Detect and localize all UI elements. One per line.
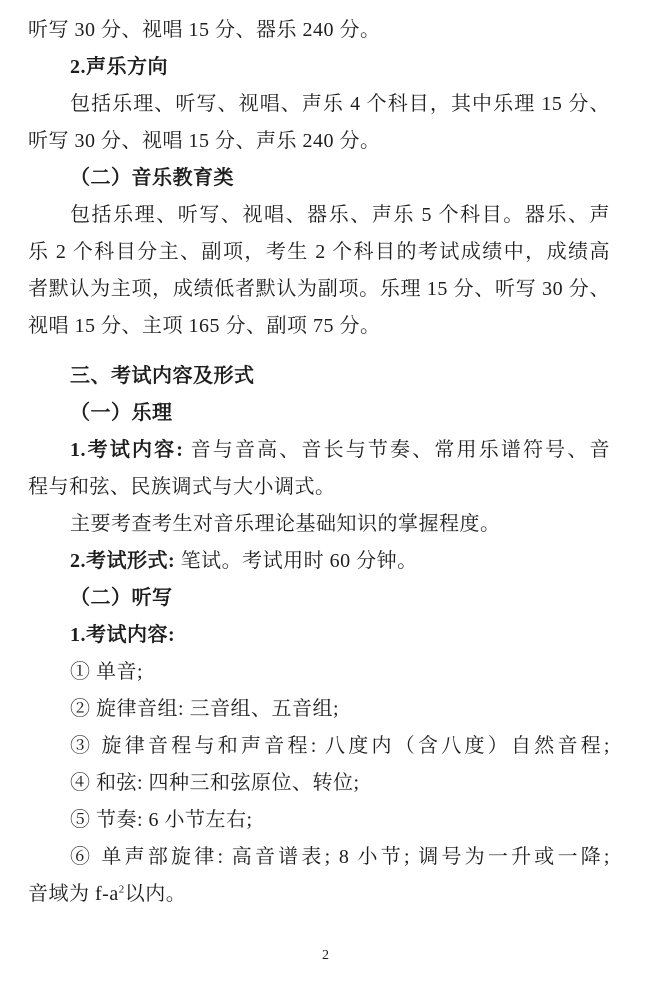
body-text: ⑥ 单声部旋律: 高音谱表; 8 小节; 调号为一升或一降; bbox=[70, 846, 610, 868]
body-text: ② 旋律音组: 三音组、五音组; bbox=[70, 698, 339, 720]
text-line: 程与和弦、民族调式与大小调式。 bbox=[28, 469, 610, 506]
body-text: 主要考查考生对音乐理论基础知识的掌握程度。 bbox=[70, 513, 501, 535]
body-text: 音与音高、音长与节奏、常用乐谱符号、音 bbox=[191, 439, 610, 461]
text-line: 听写 30 分、视唱 15 分、声乐 240 分。 bbox=[28, 123, 610, 160]
text-line: （一）乐理 bbox=[28, 395, 610, 432]
heading-text: 三、考试内容及形式 bbox=[70, 365, 255, 387]
text-line: ② 旋律音组: 三音组、五音组; bbox=[28, 691, 610, 728]
body-text: ① 单音; bbox=[70, 661, 143, 683]
text-line: 1.考试内容: 音与音高、音长与节奏、常用乐谱符号、音 bbox=[28, 432, 610, 469]
body-text: 乐 2 个科目分主、副项，考生 2 个科目的考试成绩中，成绩高 bbox=[28, 241, 610, 263]
text-line: 包括乐理、听写、视唱、声乐 4 个科目，其中乐理 15 分、 bbox=[28, 86, 610, 123]
body-text: 视唱 15 分、主项 165 分、副项 75 分。 bbox=[28, 315, 381, 337]
text-line: 视唱 15 分、主项 165 分、副项 75 分。 bbox=[28, 308, 610, 345]
text-line: ④ 和弦: 四种三和弦原位、转位; bbox=[28, 765, 610, 802]
text-line: 1.考试内容: bbox=[28, 617, 610, 654]
text-line: 听写 30 分、视唱 15 分、器乐 240 分。 bbox=[28, 12, 610, 49]
body-text: 音域为 f-a bbox=[28, 883, 119, 905]
text-line: ⑥ 单声部旋律: 高音谱表; 8 小节; 调号为一升或一降; bbox=[28, 839, 610, 876]
text-line: 2.考试形式: 笔试。考试用时 60 分钟。 bbox=[28, 543, 610, 580]
text-line: ③ 旋律音程与和声音程: 八度内（含八度）自然音程; bbox=[28, 728, 610, 765]
heading-text: （一）乐理 bbox=[70, 402, 173, 424]
text-line: （二）音乐教育类 bbox=[28, 160, 610, 197]
body-text: 笔试。考试用时 60 分钟。 bbox=[181, 550, 418, 572]
text-line: 包括乐理、听写、视唱、器乐、声乐 5 个科目。器乐、声 bbox=[28, 197, 610, 234]
text-line: 2.声乐方向 bbox=[28, 49, 610, 86]
text-line: 三、考试内容及形式 bbox=[28, 358, 610, 395]
body-text: ③ 旋律音程与和声音程: 八度内（含八度）自然音程; bbox=[70, 735, 610, 757]
document-page: 听写 30 分、视唱 15 分、器乐 240 分。2.声乐方向包括乐理、听写、视… bbox=[0, 0, 651, 993]
body-text: 程与和弦、民族调式与大小调式。 bbox=[28, 476, 336, 498]
heading-text: 2.声乐方向 bbox=[70, 56, 168, 78]
heading-text: （二）音乐教育类 bbox=[70, 167, 234, 189]
body-text: 者默认为主项，成绩低者默认为副项。乐理 15 分、听写 30 分、 bbox=[28, 278, 610, 300]
text-line: ⑤ 节奏: 6 小节左右; bbox=[28, 802, 610, 839]
body-text: ④ 和弦: 四种三和弦原位、转位; bbox=[70, 772, 360, 794]
body-text: 以内。 bbox=[125, 883, 187, 905]
body-text: 听写 30 分、视唱 15 分、器乐 240 分。 bbox=[28, 19, 381, 41]
text-line: 乐 2 个科目分主、副项，考生 2 个科目的考试成绩中，成绩高 bbox=[28, 234, 610, 271]
page-number: 2 bbox=[0, 948, 651, 963]
body-text: 包括乐理、听写、视唱、器乐、声乐 5 个科目。器乐、声 bbox=[70, 204, 610, 226]
body-text: 包括乐理、听写、视唱、声乐 4 个科目，其中乐理 15 分、 bbox=[70, 93, 610, 115]
text-line: 音域为 f-a2以内。 bbox=[28, 876, 610, 913]
heading-text: 2.考试形式: bbox=[70, 550, 181, 572]
text-line: 者默认为主项，成绩低者默认为副项。乐理 15 分、听写 30 分、 bbox=[28, 271, 610, 308]
heading-text: 1.考试内容: bbox=[70, 624, 175, 646]
text-line: ① 单音; bbox=[28, 654, 610, 691]
body-text: 听写 30 分、视唱 15 分、声乐 240 分。 bbox=[28, 130, 381, 152]
body-text: ⑤ 节奏: 6 小节左右; bbox=[70, 809, 253, 831]
text-line: （二）听写 bbox=[28, 580, 610, 617]
text-line: 主要考查考生对音乐理论基础知识的掌握程度。 bbox=[28, 506, 610, 543]
heading-text: 1.考试内容: bbox=[70, 439, 191, 461]
heading-text: （二）听写 bbox=[70, 587, 173, 609]
document-content: 听写 30 分、视唱 15 分、器乐 240 分。2.声乐方向包括乐理、听写、视… bbox=[28, 12, 610, 913]
